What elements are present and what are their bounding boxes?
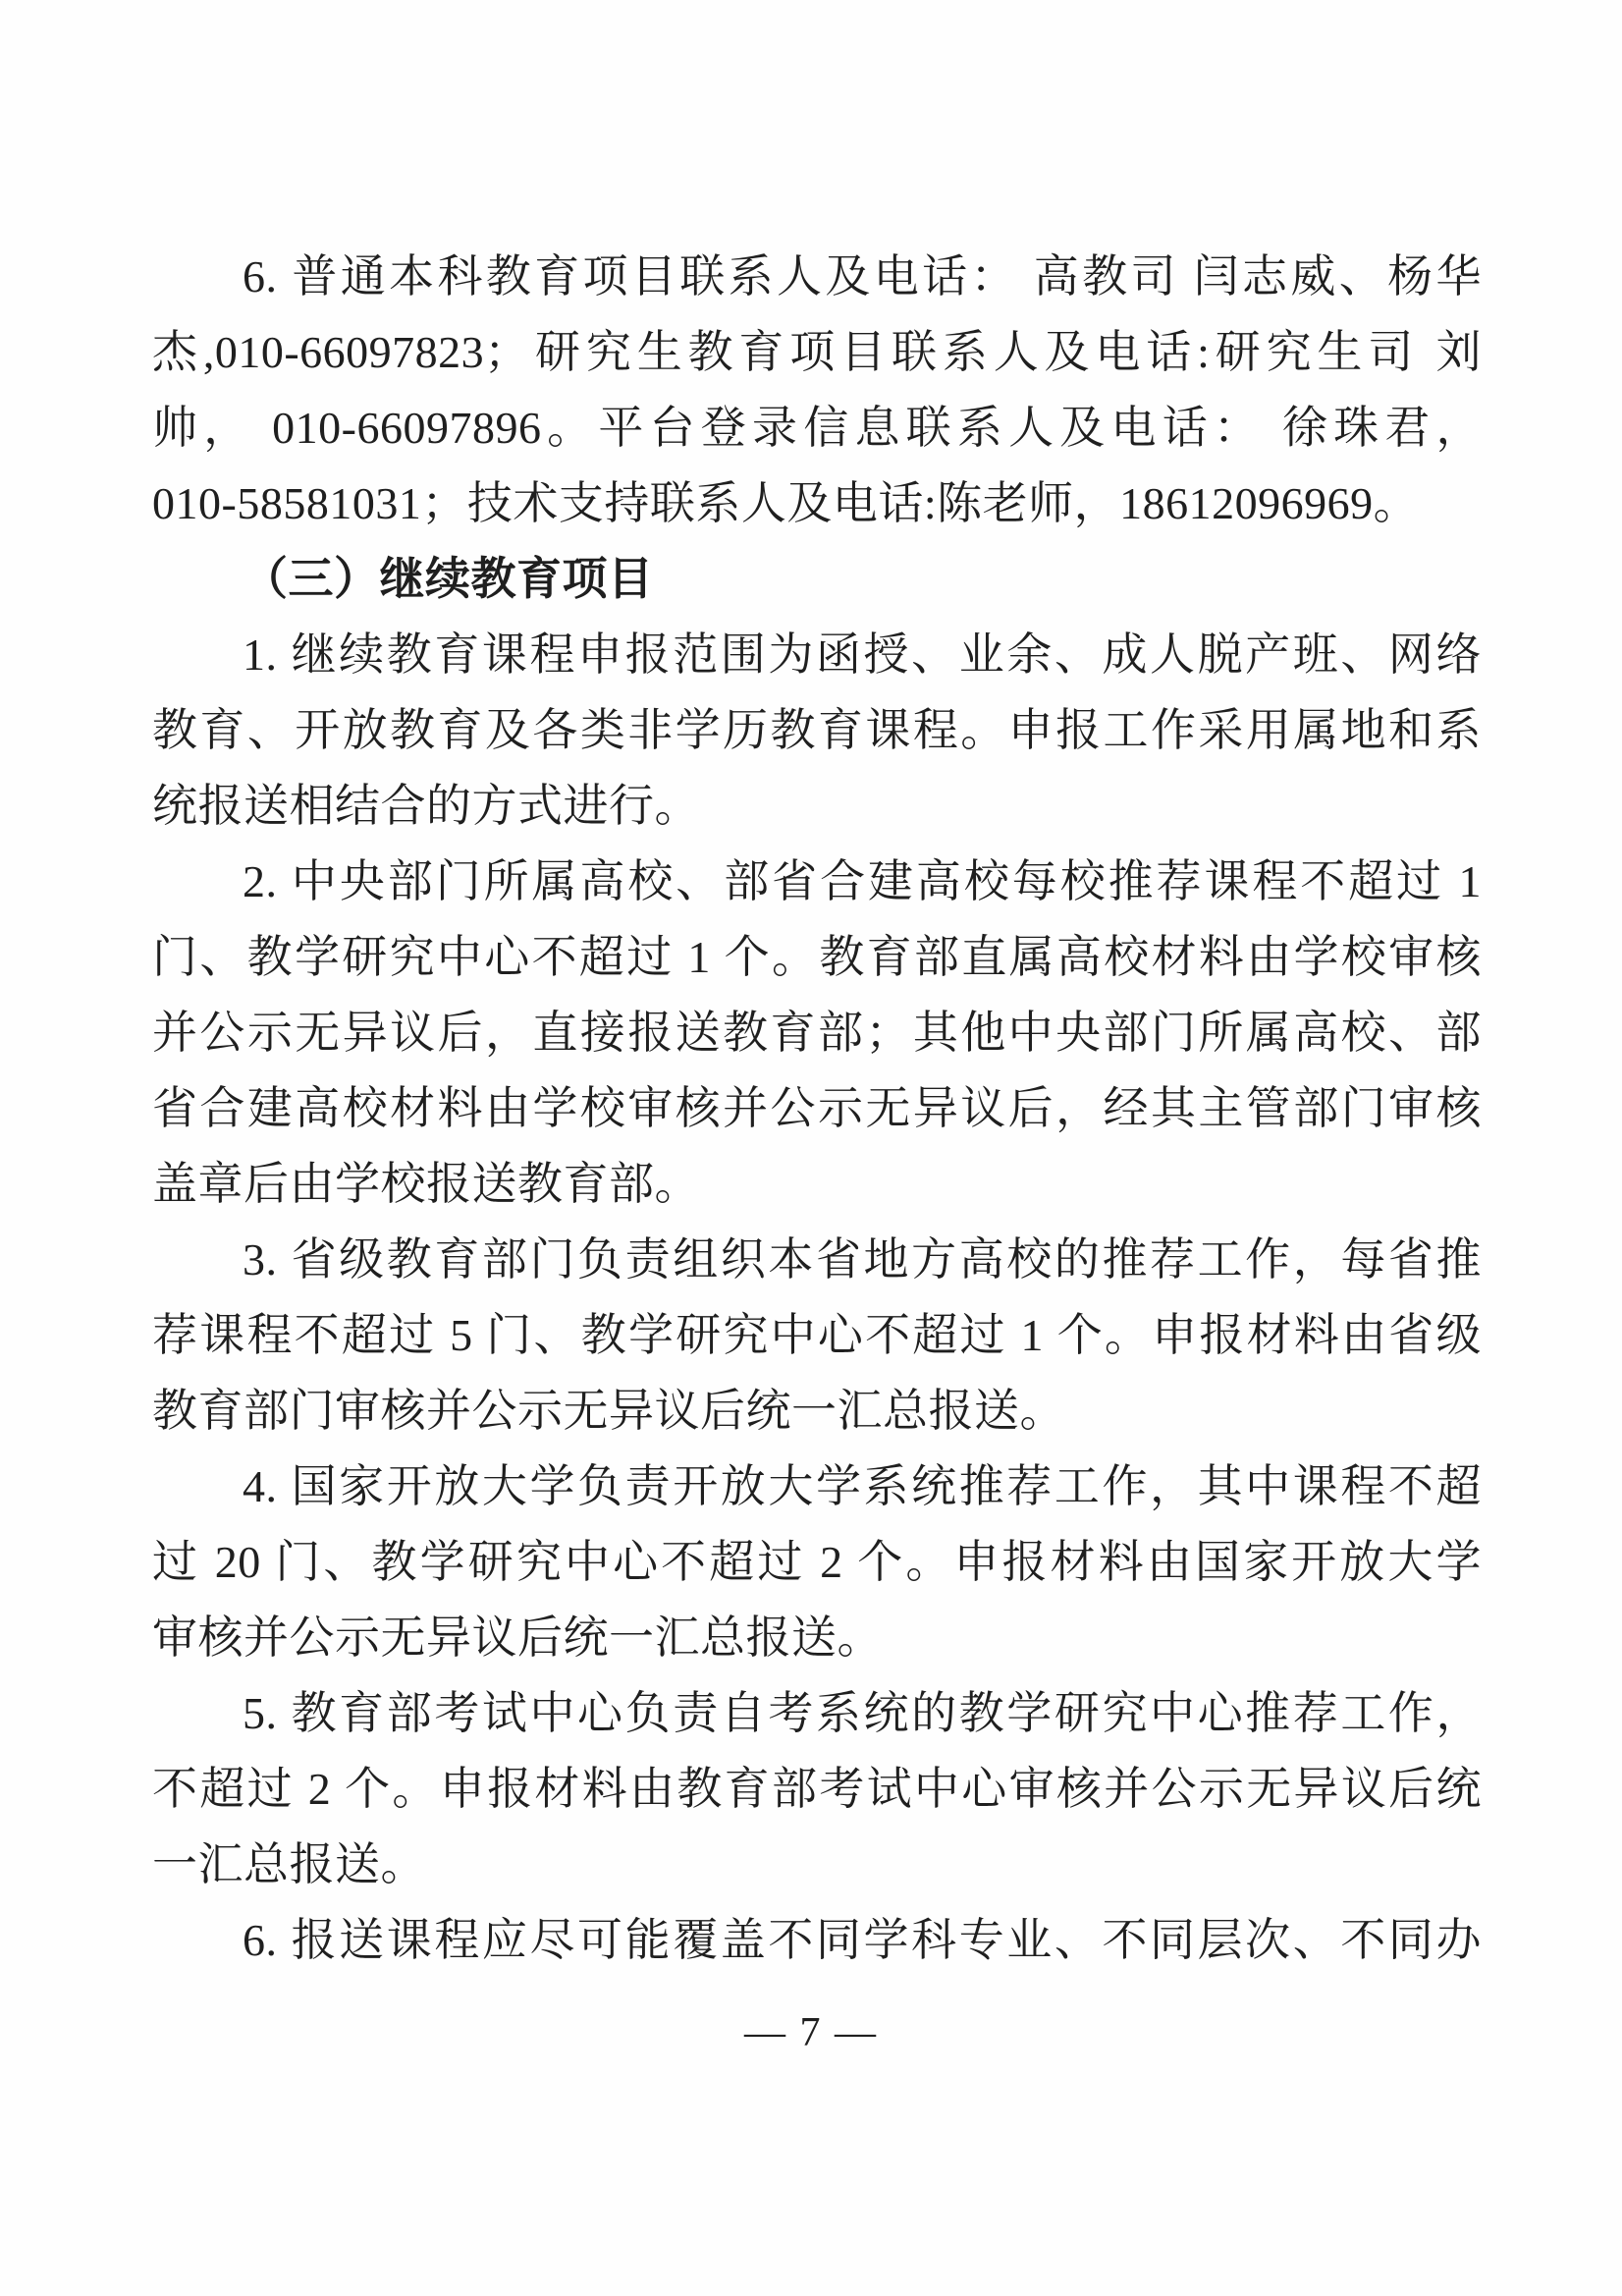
- text-line: 010-58581031；技术支持联系人及电话:陈老师，18612096969。: [152, 465, 1482, 541]
- document-page: 6. 普通本科教育项目联系人及电话： 高教司 闫志威、杨华 杰,010-6609…: [0, 0, 1622, 2296]
- text-line: 不超过 2 个。申报材料由教育部考试中心审核并公示无异议后统: [152, 1751, 1482, 1827]
- text-line: 并公示无异议后，直接报送教育部；其他中央部门所属高校、部: [152, 995, 1482, 1070]
- text-line: 省合建高校材料由学校审核并公示无异议后，经其主管部门审核: [152, 1070, 1482, 1146]
- text-line: 教育部门审核并公示无异议后统一汇总报送。: [152, 1373, 1482, 1449]
- text-line: 1. 继续教育课程申报范围为函授、业余、成人脱产班、网络: [152, 617, 1482, 692]
- section-heading: （三）继续教育项目: [152, 541, 1482, 617]
- text-line: 盖章后由学校报送教育部。: [152, 1146, 1482, 1222]
- text-line: 4. 国家开放大学负责开放大学系统推荐工作，其中课程不超: [152, 1449, 1482, 1524]
- text-line: 统报送相结合的方式进行。: [152, 768, 1482, 844]
- page-number: — 7 —: [0, 2003, 1622, 2062]
- text-line: 6. 报送课程应尽可能覆盖不同学科专业、不同层次、不同办: [152, 1902, 1482, 1978]
- document-body: 6. 普通本科教育项目联系人及电话： 高教司 闫志威、杨华 杰,010-6609…: [152, 239, 1482, 1978]
- text-line: 2. 中央部门所属高校、部省合建高校每校推荐课程不超过 1: [152, 844, 1482, 919]
- text-line: 一汇总报送。: [152, 1827, 1482, 1902]
- text-line: 门、教学研究中心不超过 1 个。教育部直属高校材料由学校审核: [152, 919, 1482, 995]
- text-line: 6. 普通本科教育项目联系人及电话： 高教司 闫志威、杨华: [152, 239, 1482, 314]
- text-line: 帅， 010-66097896。平台登录信息联系人及电话： 徐珠君，: [152, 390, 1482, 465]
- text-line: 荐课程不超过 5 门、教学研究中心不超过 1 个。申报材料由省级: [152, 1297, 1482, 1373]
- text-line: 过 20 门、教学研究中心不超过 2 个。申报材料由国家开放大学: [152, 1524, 1482, 1600]
- text-line: 杰,010-66097823；研究生教育项目联系人及电话:研究生司 刘: [152, 314, 1482, 390]
- text-line: 3. 省级教育部门负责组织本省地方高校的推荐工作，每省推: [152, 1222, 1482, 1297]
- text-line: 5. 教育部考试中心负责自考系统的教学研究中心推荐工作，: [152, 1675, 1482, 1751]
- text-line: 审核并公示无异议后统一汇总报送。: [152, 1600, 1482, 1675]
- text-line: 教育、开放教育及各类非学历教育课程。申报工作采用属地和系: [152, 692, 1482, 768]
